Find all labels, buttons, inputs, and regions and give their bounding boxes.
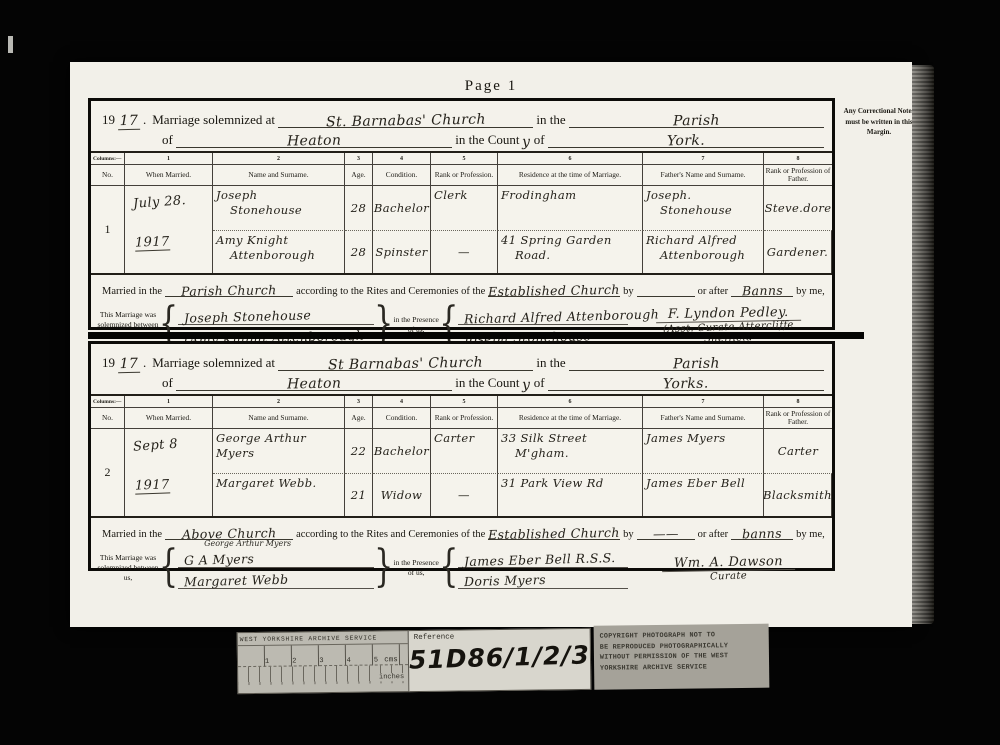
groom-name2: Stonehouse	[216, 203, 341, 218]
col-header-profession: Rank or Profession.	[431, 165, 498, 186]
col-header-name: Name and Surname.	[213, 408, 345, 429]
col-header-profession: Rank or Profession.	[431, 408, 498, 429]
by-blank	[637, 284, 695, 297]
reference-box: Reference 51D86/1/2/3	[409, 628, 592, 692]
county-blank: York.	[548, 131, 824, 148]
banns-blank: Banns	[731, 281, 793, 297]
groom-age: 22	[351, 444, 366, 459]
groom-residence: 33 Silk Street	[501, 431, 639, 446]
groom-condition-cell: Bachelor	[373, 186, 431, 231]
groom-signature: Joseph Stonehouse	[184, 307, 312, 325]
groom-signature-line: Joseph Stonehouse	[178, 304, 374, 325]
solemnized-label: Marriage solemnized at	[149, 112, 278, 128]
church-blank: St Barnabas' Church	[278, 354, 533, 371]
bride-name: Amy Knight	[216, 233, 341, 248]
parish-blank: Parish	[569, 111, 824, 128]
groom-residence2: M'gham.	[501, 446, 639, 461]
rites-label: according to the Rites and Ceremonies of…	[293, 286, 488, 297]
banns-handwritten: Banns	[741, 283, 782, 299]
inches-unit-label: inches	[376, 673, 404, 681]
bride-father-profession-cell: Blacksmith	[764, 474, 832, 516]
county-prefix-label: in the Count	[452, 132, 522, 148]
marriage-record-1: 19 17 . Marriage solemnized at St. Barna…	[88, 98, 835, 330]
groom-father-profession-cell: Steve.dore	[764, 186, 832, 231]
margin-note: Any Correctional Notes must be written i…	[840, 106, 918, 138]
col-header-name: Name and Surname.	[213, 165, 345, 186]
bride-age-cell: 28	[345, 231, 373, 273]
groom-condition: Bachelor	[374, 201, 429, 216]
record2-married-in-line: Married in the Above Church according to…	[91, 518, 832, 540]
church-handwritten: St Barnabas' Church	[328, 355, 483, 374]
groom-signature: G A Myers	[184, 551, 255, 568]
bride-condition: Spinster	[375, 245, 427, 260]
entry-number: 2	[91, 429, 125, 516]
bride-condition-cell: Spinster	[373, 231, 431, 273]
record1-header-line2: of Heaton in the Count y of York.	[91, 128, 832, 148]
brace-open: {	[159, 546, 178, 590]
ruler-box: WEST YORKSHIRE ARCHIVE SERVICE 1 2 3 4 5…	[237, 630, 410, 694]
groom-age: 28	[351, 201, 366, 216]
marriage-year: 1917	[135, 477, 170, 494]
bride-residence-cell: 41 Spring Garden Road.	[498, 231, 643, 273]
col-header-when-married: When Married.	[125, 408, 213, 429]
officiant-block: Wm. A. Dawson Curate	[628, 555, 828, 582]
scan-artifact	[8, 36, 13, 53]
bride-father-profession: Gardener.	[767, 245, 828, 260]
record2-header-line2: of Heaton in the Count y of Yorks.	[91, 371, 832, 391]
witness2-signature: Doris Myers	[464, 572, 546, 589]
groom-name: George Arthur Myers	[216, 431, 341, 461]
church-blank: St. Barnabas' Church	[278, 111, 533, 128]
col-header-condition: Condition.	[373, 408, 431, 429]
groom-residence-cell: 33 Silk Street M'gham.	[498, 429, 643, 474]
groom-profession: Carter	[434, 431, 494, 446]
witness2-line: Doris Myers	[458, 568, 628, 589]
groom-signature-line: George Arthur Myers G A Myers	[178, 547, 374, 568]
by-me-label: by me,	[793, 286, 828, 297]
married-in-blank: Parish Church	[165, 281, 293, 297]
bride-father: Richard Alfred	[646, 233, 760, 248]
county-handwritten: Yorks.	[663, 376, 709, 393]
groom-profession: Clerk	[434, 188, 494, 203]
book-page-edge	[912, 65, 934, 624]
county-handwritten: York.	[667, 133, 705, 150]
col-header-age: Age.	[345, 165, 373, 186]
church-handwritten: St. Barnabas' Church	[326, 112, 486, 131]
col-num: 7	[643, 396, 764, 408]
banns-handwritten: banns	[742, 526, 782, 542]
brace-close: }	[374, 546, 393, 590]
col-num: 1	[125, 153, 213, 165]
cm-mark: 4	[324, 657, 351, 665]
groom-age-cell: 28	[345, 186, 373, 231]
married-in-blank: Above Church	[165, 524, 293, 540]
bride-age-cell: 21	[345, 474, 373, 516]
groom-father-profession: Steve.dore	[765, 201, 832, 216]
col-num: 2	[213, 153, 345, 165]
of-label: of	[159, 132, 176, 148]
bride-father-profession-cell: Gardener.	[764, 231, 832, 273]
col-num: 4	[373, 153, 431, 165]
col-num: 1	[125, 396, 213, 408]
inch-ruler: inches	[238, 665, 408, 685]
groom-father-profession-cell: Carter	[764, 429, 832, 474]
parish-handwritten: Parish	[673, 356, 720, 373]
col-num: 7	[643, 153, 764, 165]
groom-age-cell: 22	[345, 429, 373, 474]
groom-father: Joseph.	[646, 188, 760, 203]
bride-father-profession: Blacksmith	[764, 488, 832, 503]
record1-married-in-line: Married in the Parish Church according t…	[91, 275, 832, 297]
by-blank: ——	[637, 524, 695, 540]
by-label: by	[620, 286, 637, 297]
bride-signature: Margaret Webb	[184, 572, 289, 590]
brace-open: {	[439, 546, 458, 590]
when-married-cell: July 28. 1917	[125, 186, 213, 273]
marriage-year: 1917	[135, 234, 170, 251]
marriage-record-2: 19 17 . Marriage solemnized at St Barnab…	[88, 341, 835, 571]
bride-age: 28	[351, 245, 366, 260]
bride-profession-cell: —	[431, 231, 498, 273]
witness1-line: James Eber Bell R.S.S.	[458, 547, 628, 568]
reference-number: 51D86/1/2/3	[409, 640, 591, 674]
col-header-no: No.	[91, 165, 125, 186]
entry-number: 1	[91, 186, 125, 273]
by-me-label: by me,	[793, 529, 828, 540]
bride-father: James Eber Bell	[646, 476, 760, 491]
col-num: 6	[498, 396, 643, 408]
col-header-father-profession: Rank or Profession of Father.	[764, 408, 832, 429]
witness1-line: Richard Alfred Attenborough	[458, 304, 628, 325]
place-blank: Heaton	[176, 131, 452, 148]
rites-handwritten: Established Church	[488, 282, 620, 299]
of2-label: of	[531, 375, 548, 391]
col-header-age: Age.	[345, 408, 373, 429]
bride-residence: 41 Spring Garden	[501, 233, 639, 248]
bride-condition-cell: Widow	[373, 474, 431, 516]
groom-name-cell: Joseph Stonehouse	[213, 186, 345, 231]
cm-mark: 2	[269, 657, 296, 665]
bride-profession: —	[458, 488, 470, 503]
bride-name2: Attenborough	[216, 248, 341, 263]
col-num: 8	[764, 153, 832, 165]
col-header-when-married: When Married.	[125, 165, 213, 186]
cm-ruler: 1 2 3 4 5 cms	[238, 644, 408, 667]
by-label: by	[620, 529, 637, 540]
officiant-title: Curate	[709, 570, 747, 582]
in-the-label: in the	[533, 355, 568, 371]
married-in-label: Married in the	[99, 529, 165, 540]
bride-condition: Widow	[381, 488, 422, 503]
bride-profession-cell: —	[431, 474, 498, 516]
year-handwritten: 17	[118, 113, 140, 130]
record1-table: Columns:— 1 2 3 4 5 6 7 8 No. When Marri…	[91, 151, 832, 275]
bride-residence2: Road.	[501, 248, 639, 263]
record2-table: Columns:— 1 2 3 4 5 6 7 8 No. When Marri…	[91, 394, 832, 518]
col-num: 5	[431, 396, 498, 408]
cms-unit-label: cms	[378, 656, 404, 664]
columns-label: Columns:—	[91, 153, 125, 165]
bride-residence: 31 Park View Rd	[501, 476, 639, 491]
county-y-handwritten: y	[522, 377, 531, 393]
bride-signature-line: Margaret Webb	[178, 568, 374, 589]
record1-header-line1: 19 17 . Marriage solemnized at St. Barna…	[91, 107, 832, 128]
record-divider-bar	[88, 332, 864, 339]
married-in-label: Married in the	[99, 286, 165, 297]
col-num: 8	[764, 396, 832, 408]
groom-condition: Bachelor	[374, 444, 429, 459]
register-page: Page 1 Any Correctional Notes must be wr…	[70, 62, 912, 627]
groom-father-cell: Joseph. Stonehouse	[643, 186, 764, 231]
year-dot: .	[140, 355, 149, 371]
col-header-condition: Condition.	[373, 165, 431, 186]
page-title: Page 1	[70, 78, 912, 95]
col-num: 4	[373, 396, 431, 408]
bride-name-cell: Amy Knight Attenborough	[213, 231, 345, 273]
rites-blank: Established Church	[488, 281, 620, 297]
rites-handwritten: Established Church	[488, 525, 620, 542]
parish-handwritten: Parish	[673, 113, 720, 130]
officiant-signature: Wm. A. Dawson	[662, 553, 795, 571]
col-header-residence: Residence at the time of Marriage.	[498, 165, 643, 186]
banns-blank: banns	[731, 524, 793, 540]
solemnized-label: Marriage solemnized at	[149, 355, 278, 371]
year-dot: .	[140, 112, 149, 128]
year-prefix: 19	[99, 112, 118, 128]
bride-father-cell: Richard Alfred Attenborough	[643, 231, 764, 273]
groom-father-profession: Carter	[778, 444, 818, 459]
or-after-label: or after	[695, 529, 732, 540]
bride-profession: —	[458, 245, 470, 260]
groom-father2: Stonehouse	[646, 203, 760, 218]
of2-label: of	[531, 132, 548, 148]
witness1-signature: James Eber Bell R.S.S.	[464, 550, 616, 569]
by-handwritten: ——	[653, 526, 679, 541]
record2-header-line1: 19 17 . Marriage solemnized at St Barnab…	[91, 350, 832, 371]
presence-label: in the Presence of us,	[393, 558, 439, 578]
col-num: 3	[345, 153, 373, 165]
bride-father-cell: James Eber Bell	[643, 474, 764, 516]
bride-name-cell: Margaret Webb.	[213, 474, 345, 516]
bride-age: 21	[351, 488, 366, 503]
place-handwritten: Heaton	[287, 133, 342, 150]
groom-condition-cell: Bachelor	[373, 429, 431, 474]
col-header-no: No.	[91, 408, 125, 429]
copyright-box: COPYRIGHT PHOTOGRAPH NOT TO BE REPRODUCE…	[594, 624, 770, 690]
col-header-residence: Residence at the time of Marriage.	[498, 408, 643, 429]
county-prefix-label: in the Count	[452, 375, 522, 391]
when-married-cell: Sept 8 1917	[125, 429, 213, 516]
cm-mark: 3	[296, 657, 323, 665]
cm-mark: 1	[242, 658, 269, 666]
county-y-handwritten: y	[522, 134, 531, 150]
groom-name-cell: George Arthur Myers	[213, 429, 345, 474]
groom-father-cell: James Myers	[643, 429, 764, 474]
bride-father2: Attenborough	[646, 248, 760, 263]
place-blank: Heaton	[176, 374, 452, 391]
place-handwritten: Heaton	[287, 376, 342, 393]
groom-name: Joseph	[216, 188, 341, 203]
archive-label-strip: WEST YORKSHIRE ARCHIVE SERVICE 1 2 3 4 5…	[237, 626, 757, 694]
groom-residence: Frodingham	[501, 188, 639, 203]
col-header-father: Father's Name and Surname.	[643, 408, 764, 429]
year-handwritten: 17	[118, 356, 140, 373]
rites-label: according to the Rites and Ceremonies of…	[293, 529, 488, 540]
bride-residence-cell: 31 Park View Rd	[498, 474, 643, 516]
cm-mark: 5	[351, 656, 378, 664]
groom-name-annotation: George Arthur Myers	[204, 539, 291, 548]
or-after-label: or after	[695, 286, 732, 297]
groom-profession-cell: Carter	[431, 429, 498, 474]
of-label: of	[159, 375, 176, 391]
groom-father: James Myers	[646, 431, 760, 446]
married-in-handwritten: Parish Church	[181, 282, 277, 299]
col-num: 6	[498, 153, 643, 165]
rites-blank: Established Church	[488, 524, 620, 540]
this-marriage-label: This Marriage was solemnized between us,	[97, 553, 159, 583]
groom-residence-cell: Frodingham	[498, 186, 643, 231]
in-the-label: in the	[533, 112, 568, 128]
copyright-line: YORKSHIRE ARCHIVE SERVICE	[600, 661, 765, 674]
columns-label: Columns:—	[91, 396, 125, 408]
county-blank: Yorks.	[548, 374, 824, 391]
col-num: 3	[345, 396, 373, 408]
parish-blank: Parish	[569, 354, 824, 371]
col-num: 2	[213, 396, 345, 408]
year-prefix: 19	[99, 355, 118, 371]
bride-name: Margaret Webb.	[216, 476, 341, 491]
col-header-father: Father's Name and Surname.	[643, 165, 764, 186]
record2-signatures: This Marriage was solemnized between us,…	[91, 540, 832, 592]
col-num: 5	[431, 153, 498, 165]
col-header-father-profession: Rank or Profession of Father.	[764, 165, 832, 186]
groom-profession-cell: Clerk	[431, 186, 498, 231]
